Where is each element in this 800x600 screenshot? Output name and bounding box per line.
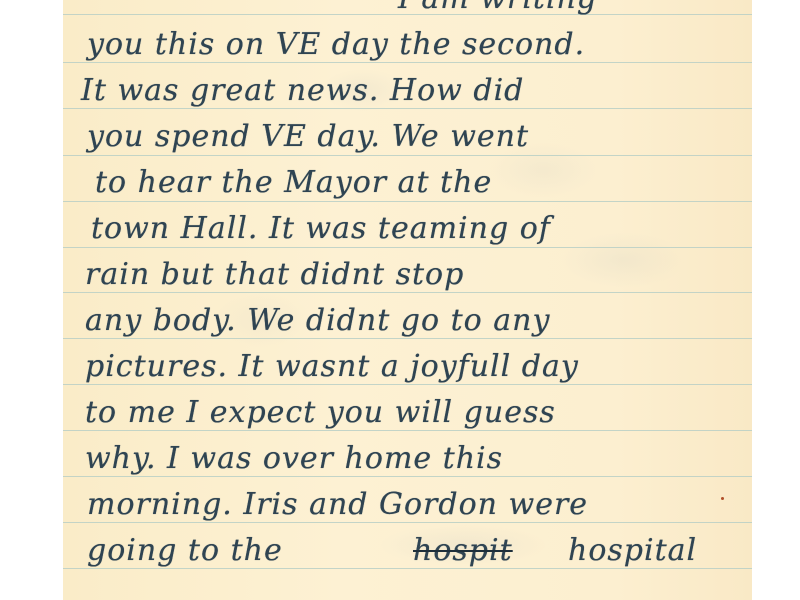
handwritten-line: you spend VE day. We went bbox=[63, 114, 752, 160]
handwritten-line: you this on VE day the second. bbox=[63, 22, 752, 68]
line-text: any body. We didnt go to any bbox=[85, 303, 550, 338]
struck-out-word: hospit bbox=[413, 533, 513, 568]
line-text: going to the bbox=[87, 533, 283, 568]
handwritten-line: pictures. It wasnt a joyfull day bbox=[63, 344, 752, 390]
handwritten-line: why. I was over home this bbox=[63, 436, 752, 482]
document-viewport: I am writing you this on VE day the seco… bbox=[0, 0, 800, 600]
handwritten-line: town Hall. It was teaming of bbox=[63, 206, 752, 252]
handwritten-line: any body. We didnt go to any bbox=[63, 298, 752, 344]
line-text: pictures. It wasnt a joyfull day bbox=[85, 349, 579, 384]
line-text: town Hall. It was teaming of bbox=[91, 211, 551, 246]
line-text: I am writing bbox=[398, 0, 597, 16]
handwritten-line: to hear the Mayor at the bbox=[63, 160, 752, 206]
corrected-word: hospital bbox=[568, 533, 697, 568]
handwritten-line: going to the hospit hospital bbox=[63, 528, 752, 574]
handwritten-line: to me I expect you will guess bbox=[63, 390, 752, 436]
line-text: rain but that didnt stop bbox=[85, 257, 464, 292]
line-text: morning. Iris and Gordon were bbox=[87, 487, 588, 522]
line-text: to me I expect you will guess bbox=[85, 395, 556, 430]
handwritten-line: I am writing bbox=[63, 0, 752, 22]
line-text: It was great news. How did bbox=[81, 73, 524, 108]
line-text: you this on VE day the second. bbox=[87, 27, 585, 62]
lined-paper-page: I am writing you this on VE day the seco… bbox=[63, 0, 752, 600]
handwritten-line: rain but that didnt stop bbox=[63, 252, 752, 298]
handwritten-line: morning. Iris and Gordon were bbox=[63, 482, 752, 528]
line-text: why. I was over home this bbox=[85, 441, 503, 476]
line-text: you spend VE day. We went bbox=[87, 119, 529, 154]
handwritten-line: It was great news. How did bbox=[63, 68, 752, 114]
line-text: to hear the Mayor at the bbox=[95, 165, 492, 200]
paper-stain bbox=[721, 497, 724, 500]
